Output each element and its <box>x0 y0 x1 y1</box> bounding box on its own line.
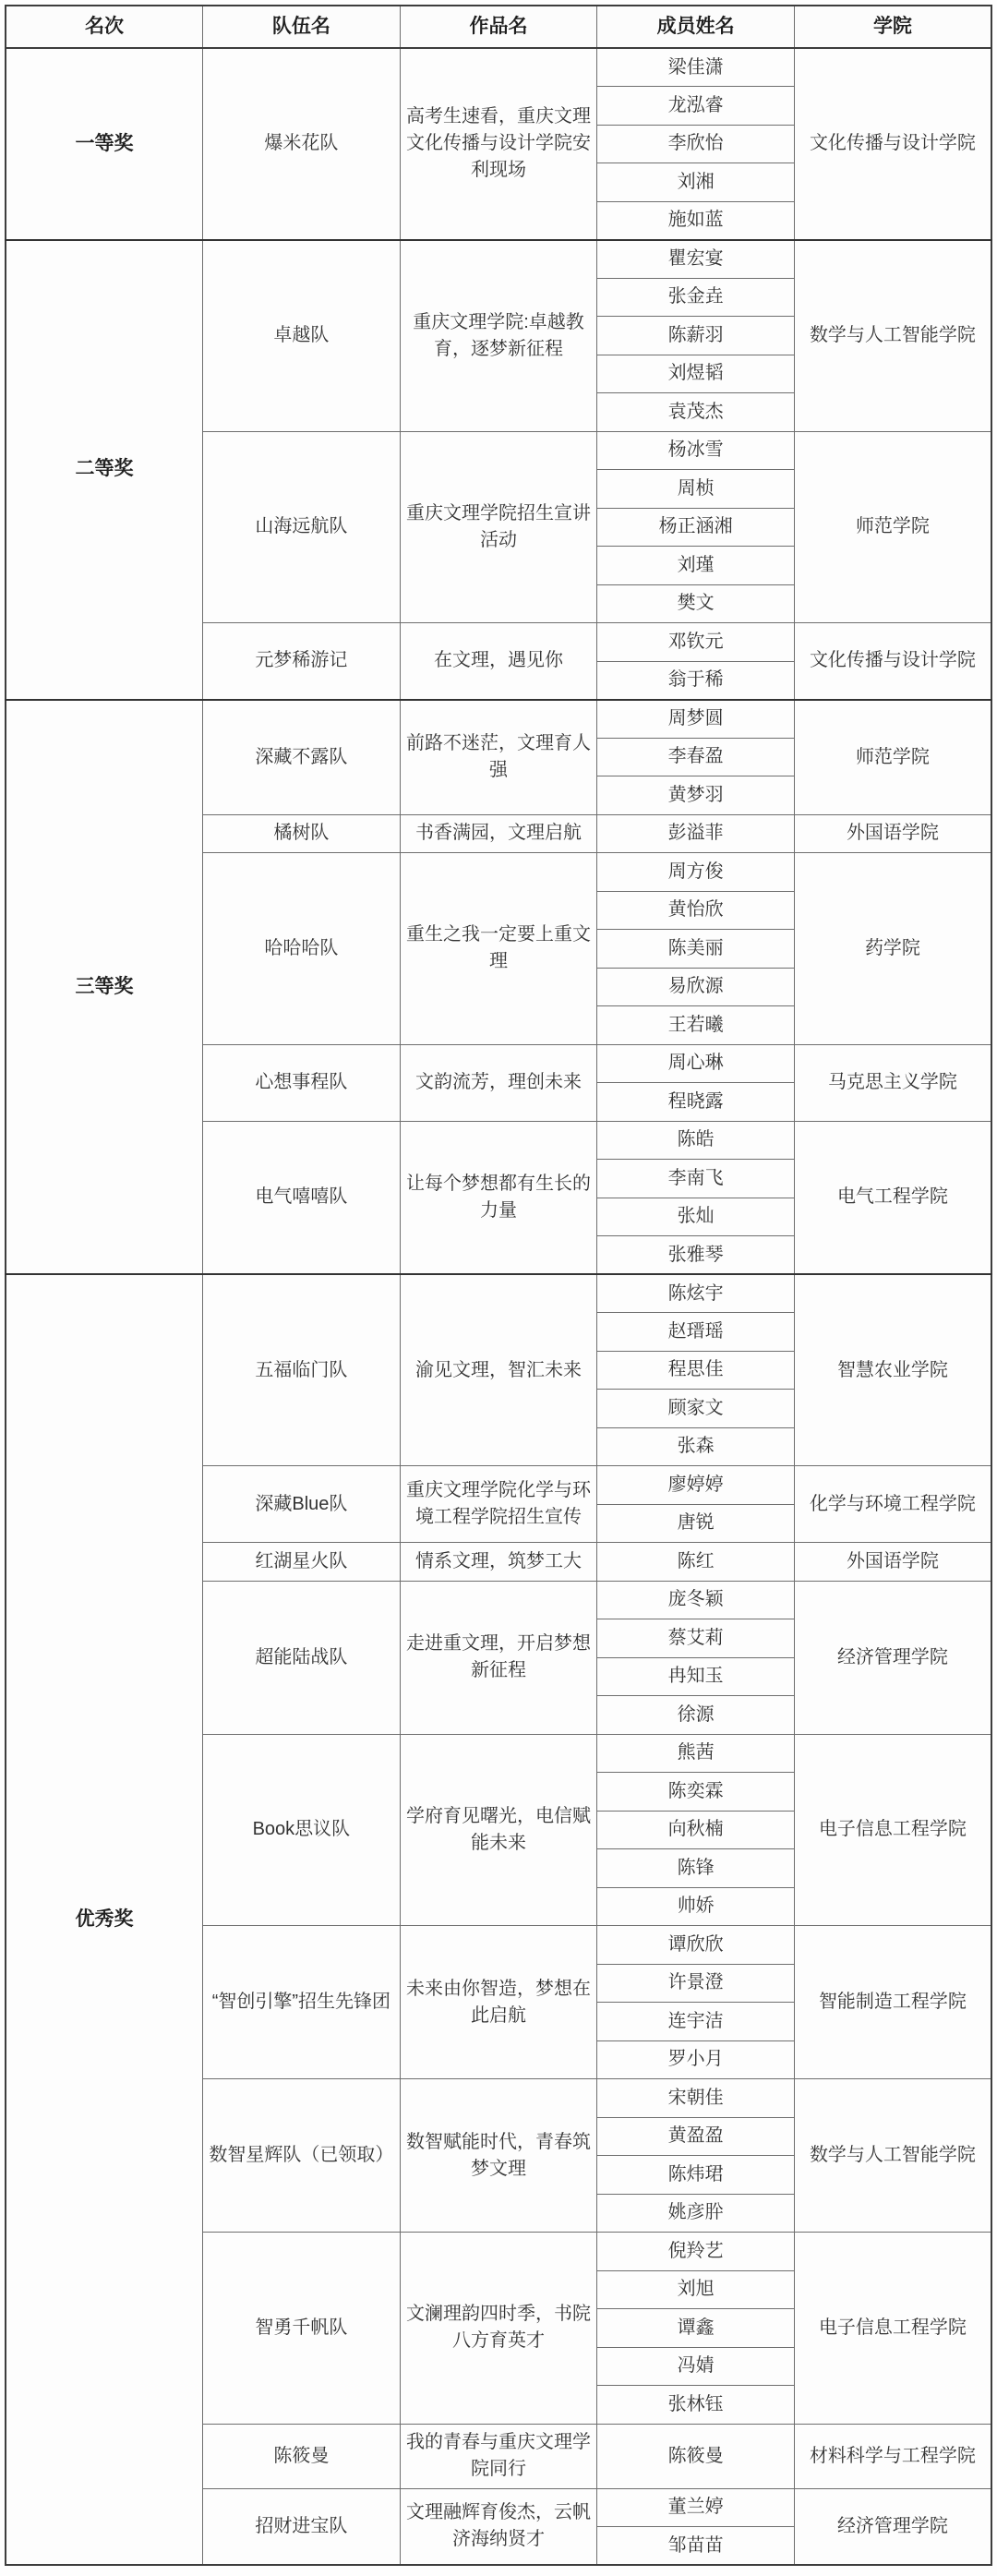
team-name-cell: 红湖星火队 <box>203 1543 401 1582</box>
college-cell: 外国语学院 <box>794 1543 991 1582</box>
member-name-cell: 冯婧 <box>597 2347 795 2386</box>
header-cell-college: 学院 <box>794 6 991 48</box>
member-name-cell: 陈美丽 <box>597 930 795 969</box>
team-name-cell: 招财进宝队 <box>203 2488 401 2565</box>
member-name-cell: 顾家文 <box>597 1390 795 1428</box>
member-name-cell: 刘煜韬 <box>597 355 795 393</box>
member-name-cell: 龙泓睿 <box>597 87 795 126</box>
college-cell: 马克思主义学院 <box>794 1044 991 1121</box>
work-name-cell: 未来由你智造，梦想在此启航 <box>400 1926 597 2079</box>
member-name-cell: 陈筱曼 <box>597 2424 795 2488</box>
member-name-cell: 周桢 <box>597 470 795 509</box>
work-name-cell: 重庆文理学院化学与环境工程学院招生宣传 <box>400 1466 597 1543</box>
member-name-cell: 陈红 <box>597 1543 795 1582</box>
work-name-cell: 情系文理，筑梦工大 <box>400 1543 597 1582</box>
member-name-cell: 谭鑫 <box>597 2309 795 2348</box>
member-name-cell: 帅娇 <box>597 1887 795 1926</box>
header-cell-work: 作品名 <box>400 6 597 48</box>
header-cell-members: 成员姓名 <box>597 6 795 48</box>
member-name-cell: 樊文 <box>597 584 795 623</box>
header-cell-rank: 名次 <box>6 6 203 48</box>
member-name-cell: 刘瑾 <box>597 547 795 585</box>
table-row: 一等奖爆米花队高考生速看，重庆文理文化传播与设计学院安利现场梁佳潇文化传播与设计… <box>6 48 991 87</box>
team-name-cell: 五福临门队 <box>203 1274 401 1466</box>
work-name-cell: 重庆文理学院:卓越教育，逐梦新征程 <box>400 240 597 432</box>
member-name-cell: 唐锐 <box>597 1504 795 1543</box>
member-name-cell: 熊茜 <box>597 1734 795 1773</box>
college-cell: 师范学院 <box>794 431 991 623</box>
member-name-cell: 周心琳 <box>597 1044 795 1083</box>
work-name-cell: 书香满园，文理启航 <box>400 814 597 853</box>
team-name-cell: 陈筱曼 <box>203 2424 401 2488</box>
member-name-cell: 陈炜珺 <box>597 2156 795 2195</box>
member-name-cell: 王若曦 <box>597 1006 795 1045</box>
college-cell: 数学与人工智能学院 <box>794 240 991 432</box>
table-header-row: 名次 队伍名 作品名 成员姓名 学院 <box>6 6 991 48</box>
work-name-cell: 数智赋能时代，青春筑梦文理 <box>400 2079 597 2233</box>
college-cell: 师范学院 <box>794 700 991 815</box>
table-row: 三等奖深藏不露队前路不迷茫，文理育人强周梦圆师范学院 <box>6 700 991 739</box>
rank-cell: 二等奖 <box>6 240 203 700</box>
work-name-cell: 让每个梦想都有生长的力量 <box>400 1121 597 1274</box>
member-name-cell: 易欣源 <box>597 968 795 1006</box>
college-cell: 化学与环境工程学院 <box>794 1466 991 1543</box>
member-name-cell: 邹苗苗 <box>597 2527 795 2566</box>
work-name-cell: 文理融辉育俊杰，云帆济海纳贤才 <box>400 2488 597 2565</box>
member-name-cell: 蔡艾莉 <box>597 1619 795 1658</box>
member-name-cell: 罗小月 <box>597 2040 795 2079</box>
work-name-cell: 高考生速看，重庆文理文化传播与设计学院安利现场 <box>400 48 597 240</box>
member-name-cell: 陈锋 <box>597 1849 795 1888</box>
college-cell: 材料科学与工程学院 <box>794 2424 991 2488</box>
member-name-cell: 杨正涵湘 <box>597 508 795 547</box>
team-name-cell: 电气嘻嘻队 <box>203 1121 401 1274</box>
member-name-cell: 周方俊 <box>597 853 795 892</box>
member-name-cell: 倪羚艺 <box>597 2233 795 2271</box>
member-name-cell: 陈炫宇 <box>597 1274 795 1313</box>
work-name-cell: 我的青春与重庆文理学院同行 <box>400 2424 597 2488</box>
member-name-cell: 黄怡欣 <box>597 891 795 930</box>
work-name-cell: 渝见文理，智汇未来 <box>400 1274 597 1466</box>
member-name-cell: 黄盈盈 <box>597 2117 795 2156</box>
work-name-cell: 重庆文理学院招生宣讲活动 <box>400 431 597 623</box>
member-name-cell: 向秋楠 <box>597 1811 795 1849</box>
college-cell: 经济管理学院 <box>794 2488 991 2565</box>
member-name-cell: 陈皓 <box>597 1121 795 1160</box>
team-name-cell: 卓越队 <box>203 240 401 432</box>
member-name-cell: 翁于稀 <box>597 661 795 700</box>
college-cell: 电子信息工程学院 <box>794 2233 991 2425</box>
member-name-cell: 赵瑨瑶 <box>597 1313 795 1352</box>
member-name-cell: 连宇洁 <box>597 2003 795 2041</box>
work-name-cell: 重生之我一定要上重文理 <box>400 853 597 1045</box>
member-name-cell: 张金垚 <box>597 278 795 317</box>
team-name-cell: 深藏Blue队 <box>203 1466 401 1543</box>
member-name-cell: 冉知玉 <box>597 1657 795 1696</box>
member-name-cell: 瞿宏宴 <box>597 240 795 279</box>
member-name-cell: 徐源 <box>597 1696 795 1735</box>
award-results-table: 名次 队伍名 作品名 成员姓名 学院 一等奖爆米花队高考生速看，重庆文理文化传播… <box>5 5 992 2566</box>
team-name-cell: “智创引擎”招生先锋团 <box>203 1926 401 2079</box>
college-cell: 数学与人工智能学院 <box>794 2079 991 2233</box>
college-cell: 电子信息工程学院 <box>794 1734 991 1926</box>
member-name-cell: 黄梦羽 <box>597 776 795 815</box>
team-name-cell: 数智星辉队（已领取） <box>203 2079 401 2233</box>
award-table-page: 名次 队伍名 作品名 成员姓名 学院 一等奖爆米花队高考生速看，重庆文理文化传播… <box>0 0 997 2576</box>
member-name-cell: 杨冰雪 <box>597 431 795 470</box>
member-name-cell: 张森 <box>597 1427 795 1466</box>
work-name-cell: 文澜理韵四时季，书院八方育英才 <box>400 2233 597 2425</box>
member-name-cell: 张林钰 <box>597 2386 795 2425</box>
member-name-cell: 李南飞 <box>597 1160 795 1198</box>
team-name-cell: 哈哈哈队 <box>203 853 401 1045</box>
table-body: 一等奖爆米花队高考生速看，重庆文理文化传播与设计学院安利现场梁佳潇文化传播与设计… <box>6 48 991 2565</box>
member-name-cell: 李春盈 <box>597 738 795 776</box>
work-name-cell: 学府育见曙光，电信赋能未来 <box>400 1734 597 1926</box>
rank-cell: 三等奖 <box>6 700 203 1275</box>
college-cell: 外国语学院 <box>794 814 991 853</box>
college-cell: 药学院 <box>794 853 991 1045</box>
work-name-cell: 前路不迷茫，文理育人强 <box>400 700 597 815</box>
work-name-cell: 在文理，遇见你 <box>400 623 597 700</box>
member-name-cell: 张雅琴 <box>597 1236 795 1275</box>
team-name-cell: 智勇千帆队 <box>203 2233 401 2425</box>
team-name-cell: 山海远航队 <box>203 431 401 623</box>
member-name-cell: 梁佳潇 <box>597 48 795 87</box>
member-name-cell: 陈薪羽 <box>597 317 795 355</box>
member-name-cell: 谭欣欣 <box>597 1926 795 1965</box>
team-name-cell: 橘树队 <box>203 814 401 853</box>
team-name-cell: 爆米花队 <box>203 48 401 240</box>
college-cell: 电气工程学院 <box>794 1121 991 1274</box>
member-name-cell: 邓钦元 <box>597 623 795 662</box>
team-name-cell: 心想事程队 <box>203 1044 401 1121</box>
work-name-cell: 走进重文理，开启梦想新征程 <box>400 1581 597 1734</box>
member-name-cell: 周梦圆 <box>597 700 795 739</box>
member-name-cell: 廖婷婷 <box>597 1466 795 1505</box>
table-row: 优秀奖五福临门队渝见文理，智汇未来陈炫宇智慧农业学院 <box>6 1274 991 1313</box>
member-name-cell: 程晓露 <box>597 1083 795 1122</box>
college-cell: 智能制造工程学院 <box>794 1926 991 2079</box>
work-name-cell: 文韵流芳，理创未来 <box>400 1044 597 1121</box>
team-name-cell: Book思议队 <box>203 1734 401 1926</box>
member-name-cell: 庞冬颖 <box>597 1581 795 1619</box>
member-name-cell: 陈奕霖 <box>597 1773 795 1812</box>
member-name-cell: 李欣怡 <box>597 125 795 163</box>
team-name-cell: 超能陆战队 <box>203 1581 401 1734</box>
college-cell: 文化传播与设计学院 <box>794 48 991 240</box>
college-cell: 文化传播与设计学院 <box>794 623 991 700</box>
member-name-cell: 宋朝佳 <box>597 2079 795 2118</box>
rank-cell: 优秀奖 <box>6 1274 203 2565</box>
header-cell-team: 队伍名 <box>203 6 401 48</box>
member-name-cell: 刘湘 <box>597 163 795 202</box>
rank-cell: 一等奖 <box>6 48 203 240</box>
member-name-cell: 董兰婷 <box>597 2488 795 2527</box>
team-name-cell: 深藏不露队 <box>203 700 401 815</box>
member-name-cell: 刘旭 <box>597 2270 795 2309</box>
table-row: 二等奖卓越队重庆文理学院:卓越教育，逐梦新征程瞿宏宴数学与人工智能学院 <box>6 240 991 279</box>
member-name-cell: 许景澄 <box>597 1964 795 2003</box>
member-name-cell: 施如蓝 <box>597 201 795 240</box>
member-name-cell: 姚彦肸 <box>597 2194 795 2233</box>
college-cell: 智慧农业学院 <box>794 1274 991 1466</box>
member-name-cell: 张灿 <box>597 1198 795 1236</box>
member-name-cell: 彭溢菲 <box>597 814 795 853</box>
member-name-cell: 程思佳 <box>597 1351 795 1390</box>
college-cell: 经济管理学院 <box>794 1581 991 1734</box>
team-name-cell: 元梦稀游记 <box>203 623 401 700</box>
member-name-cell: 袁茂杰 <box>597 393 795 432</box>
